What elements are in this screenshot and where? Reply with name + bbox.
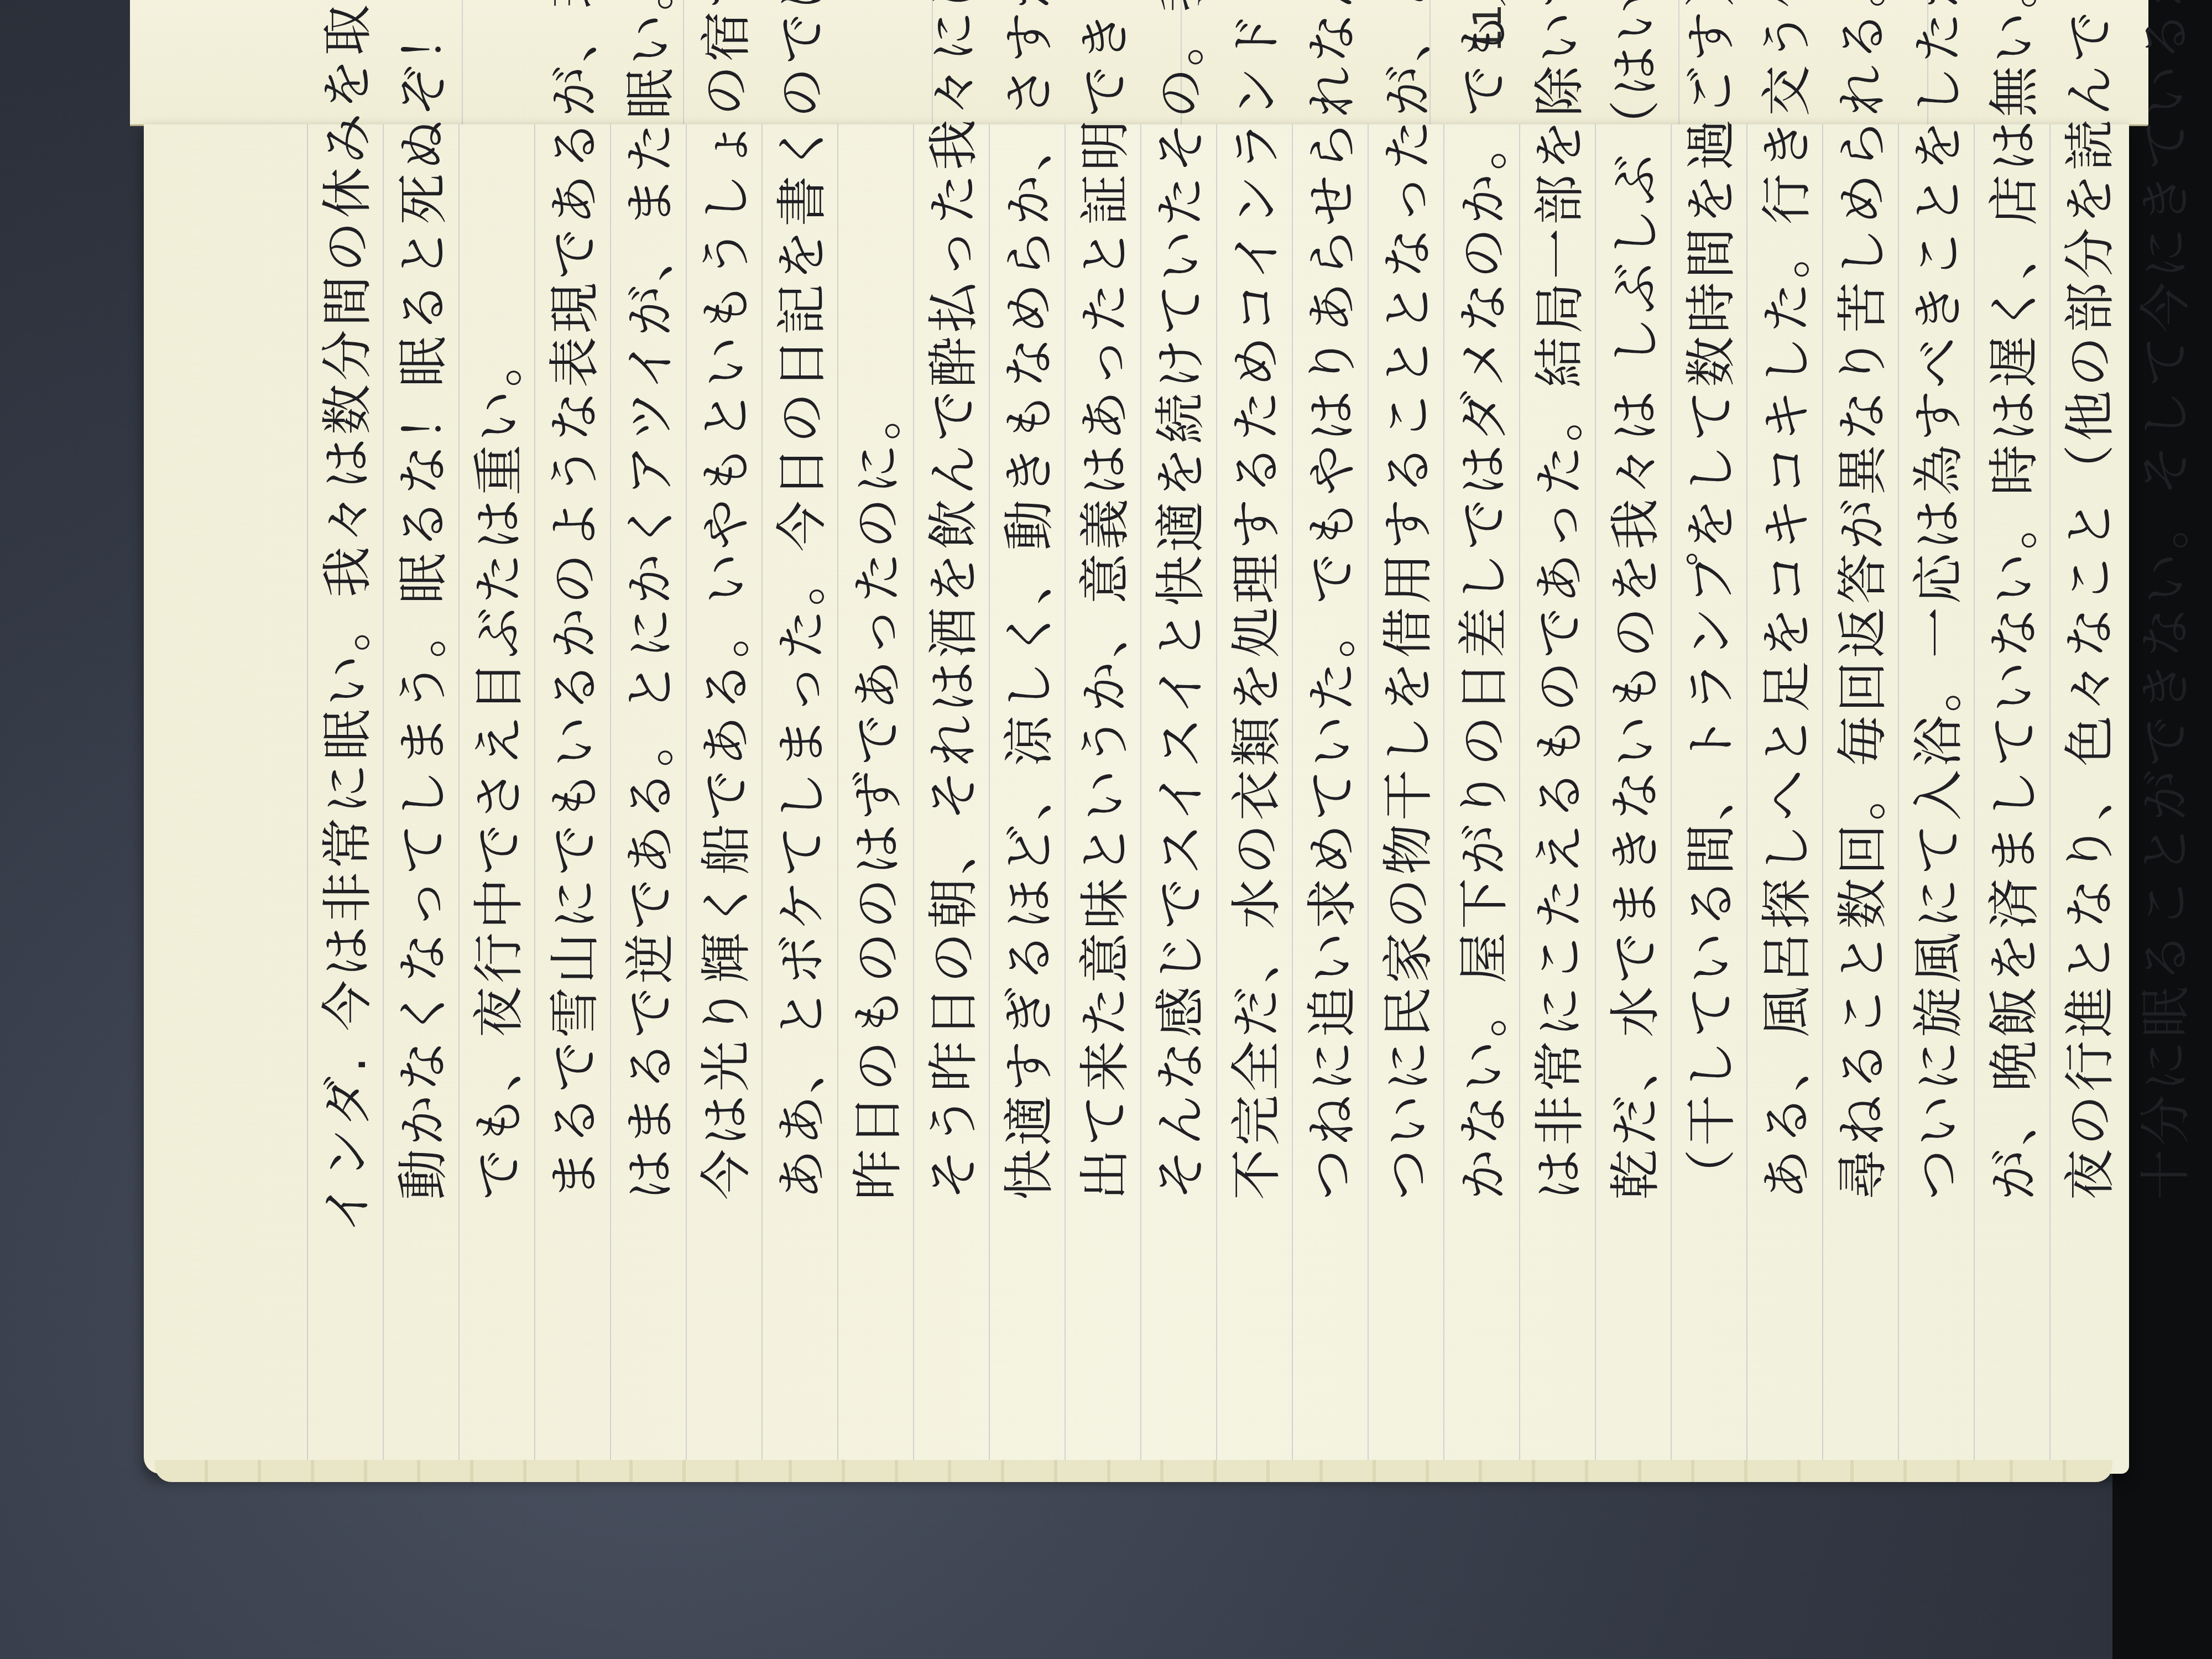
text-line: 快適すぎるほど、涼しく、動きもなめらか、さすがに海岸に	[992, 182, 1067, 1233]
text-line: まるで雪山にでもいるかのような表現であるが、現状	[537, 182, 613, 1233]
text-line: 尋ねること数回。毎回返答が異なり苦しめられる。しかし、	[1825, 182, 1901, 1233]
text-line: ああ、とボケてしまった。今日の日記を書くのではなく	[764, 182, 840, 1233]
text-line: 動かなくなってしまう。眠るな！眠ると死ぬぞ！	[385, 182, 461, 1233]
text-line: が、晩飯を済ましていない。時は遅く、店は無い。再び	[1976, 182, 2052, 1233]
text-line: 今は光り輝く船である。いやもといもうしょの宿でありんす。	[688, 182, 764, 1233]
text-line: 不完全だ、水の衣類を処理するためコインランドリー様を	[1219, 182, 1295, 1233]
page-stack-edge	[155, 1460, 2112, 1482]
handwritten-text-block: インダ.今は非常に眠い。我々は数分間の休みを取ると 動かなくなってしまう。眠るな…	[310, 182, 2212, 1233]
ruled-line	[462, 0, 463, 124]
text-line: 出て来た意味というか、意義はあったと証明できる。	[1067, 182, 1143, 1233]
text-line: ついに旋風にて入浴。一応は為すべきことをしたかに見えた	[1901, 182, 1976, 1233]
text-line: ある、風呂探しへと足をコキコキした。行き交う住民(?)に	[1749, 182, 1825, 1233]
text-line: ついに民家の物干しを借用することとなったが、あまり乾	[1370, 182, 1446, 1233]
entry-header: インダ.	[310, 1053, 385, 1233]
ruled-line	[307, 124, 308, 1474]
text-line: でも、夜行中でさえ目ぶたは重い。	[461, 182, 537, 1233]
ruled-line	[683, 0, 684, 124]
text-line: かない。屋下がりの日差しではダメなのか。でも人間の体に	[1446, 182, 1522, 1233]
text-line: はまるで逆である。とにかくアツイが、また眠い。しかし	[613, 182, 688, 1233]
text-line: そう昨日の朝、それは酒を飲んで酔払った我々には	[916, 182, 992, 1233]
text-line: つねに追い求めていた。でもやはりあらせられなんだ。	[1295, 182, 1370, 1233]
text-line: 乾だ、水でまきないものを我々は しぶしぶ（はいながら、	[1598, 182, 1673, 1233]
ruled-line	[1678, 0, 1679, 124]
text-line: 夜の行進となり、色々なこと（他の部分を読んでとか）があって	[2052, 182, 2128, 1233]
text-line: 十分に眠ることができない。そして今にきているわけである。	[2128, 182, 2204, 1233]
text-line: ちなみに昨日、衣服に苦しみつつ、私は防寒着として持っ	[2204, 182, 2212, 1233]
text-line: （干している間、トランプをして数時間を過ごす）。次の目的で	[1673, 182, 1749, 1233]
text-line: 昨日のもののはずであったのに。	[840, 182, 916, 1233]
text-line: は非常にこたえるものであった。結局一部を除いて、まだ	[1522, 182, 1598, 1233]
text-line: インダ.今は非常に眠い。我々は数分間の休みを取ると	[310, 182, 385, 1233]
text-line: そんな感じでスイスイと快適を続けていたその。我々には	[1143, 182, 1219, 1233]
